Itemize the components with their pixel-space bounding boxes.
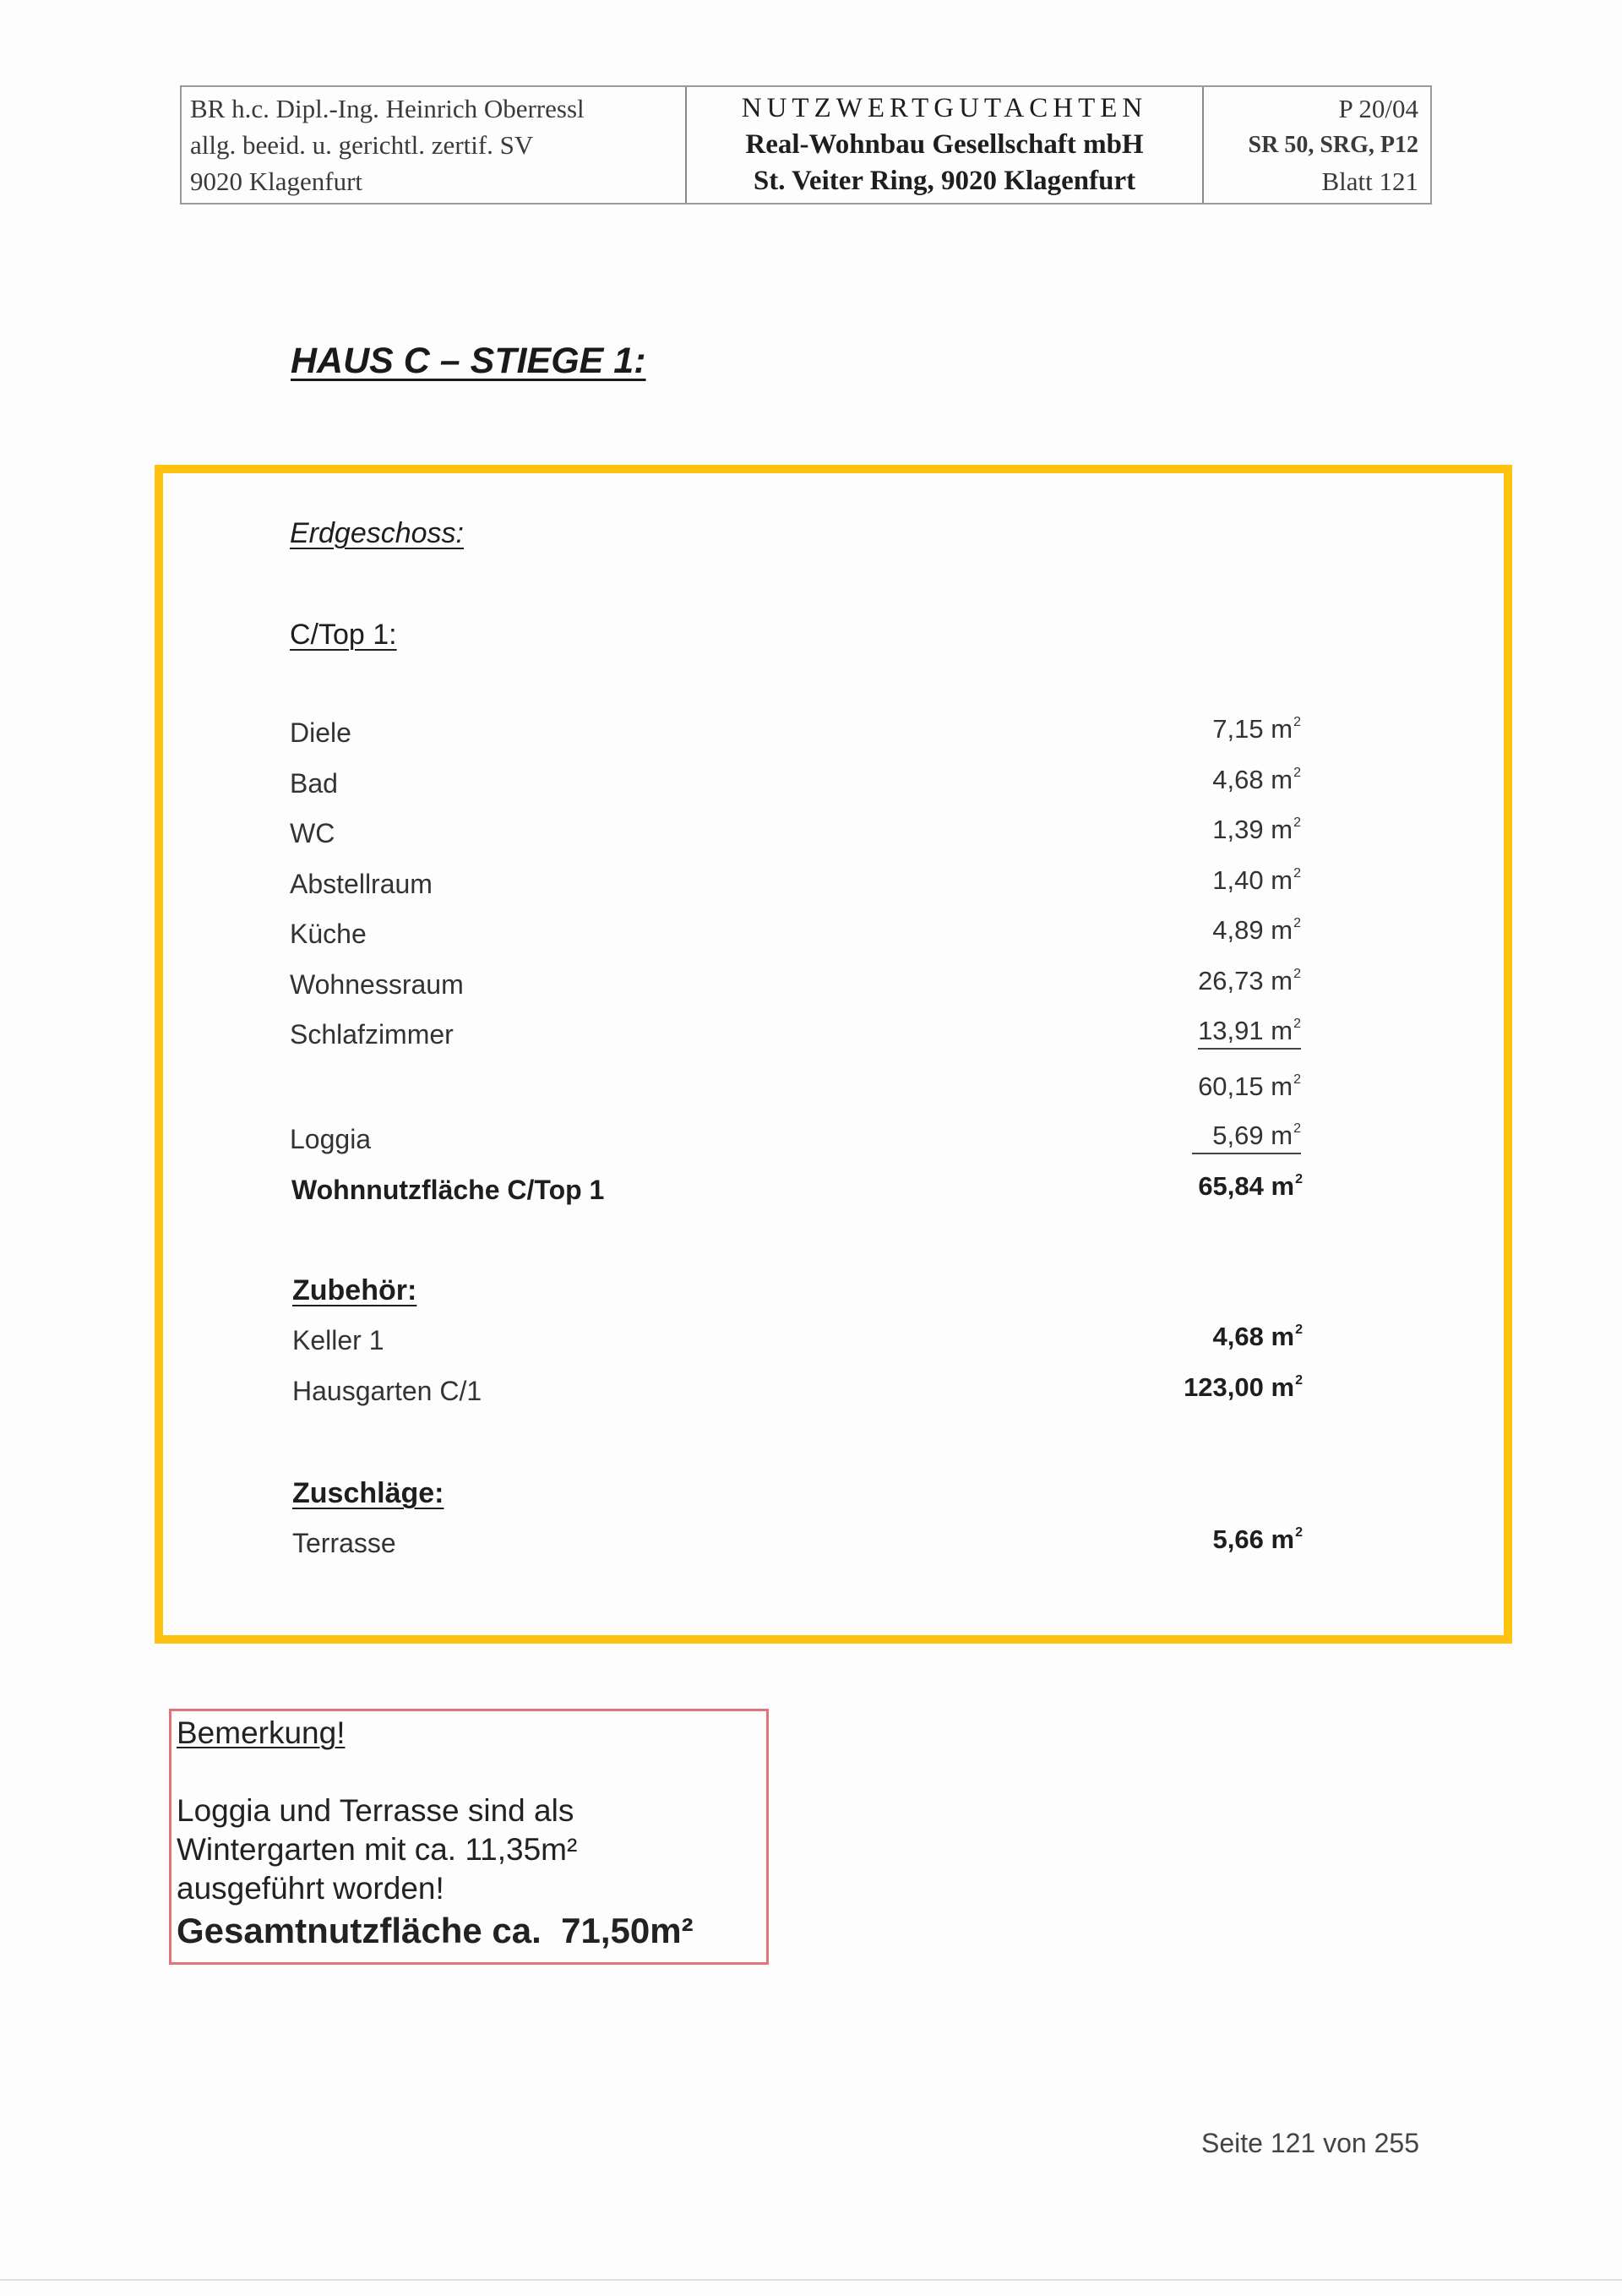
- unit-symbol: m: [1271, 865, 1293, 895]
- client-address: St. Veiter Ring, 9020 Klagenfurt: [695, 163, 1194, 199]
- remark-line-1: Loggia und Terrasse sind als: [177, 1792, 761, 1830]
- unit-symbol: m: [1271, 1372, 1295, 1402]
- header-reference-info: P 20/04 SR 50, SRG, P12 Blatt 121: [1204, 87, 1430, 203]
- accessories-heading: Zubehör:: [292, 1274, 416, 1307]
- row-value: 4,68 m2: [1213, 1322, 1303, 1352]
- row-label: Terrasse: [292, 1528, 396, 1559]
- unit-symbol: m: [1271, 1016, 1293, 1045]
- unit-exponent: 2: [1293, 1072, 1301, 1087]
- unit-symbol: m: [1271, 915, 1293, 945]
- area-number: 26,73: [1198, 966, 1264, 995]
- row-label: Bad: [290, 768, 338, 799]
- expert-credentials: allg. beeid. u. gerichtl. zertif. SV: [190, 128, 677, 163]
- page-edge-line: [0, 2279, 1622, 2281]
- unit-heading: C/Top 1:: [290, 619, 397, 652]
- surcharges-heading: Zuschläge:: [292, 1477, 444, 1510]
- area-number: 123,00: [1184, 1372, 1264, 1402]
- area-number: 13,91: [1198, 1016, 1264, 1045]
- loggia-number: 5,69: [1212, 1121, 1263, 1150]
- unit-symbol: m: [1271, 1524, 1295, 1554]
- row-value: 26,73 m2: [1198, 966, 1301, 996]
- expert-name: BR h.c. Dipl.-Ing. Heinrich Oberressl: [190, 91, 677, 127]
- unit-exponent: 2: [1293, 815, 1301, 830]
- unit-symbol: m: [1271, 966, 1293, 995]
- project-number: P 20/04: [1212, 90, 1418, 127]
- unit-exponent: 2: [1293, 715, 1301, 729]
- area-number: 1,40: [1212, 865, 1263, 895]
- page-title: HAUS C – STIEGE 1:: [291, 341, 646, 382]
- unit-exponent: 2: [1295, 1323, 1303, 1337]
- row-value: 4,89 m2: [1212, 915, 1301, 946]
- unit-exponent: 2: [1295, 1172, 1303, 1186]
- unit-exponent: 2: [1293, 967, 1301, 981]
- unit-symbol: m: [1271, 765, 1293, 794]
- remark-total-area: Gesamtnutzfläche ca. 71,50m²: [177, 1910, 761, 1952]
- loggia-label: Loggia: [290, 1124, 371, 1155]
- unit-exponent: 2: [1295, 1373, 1303, 1388]
- header-expert-info: BR h.c. Dipl.-Ing. Heinrich Oberressl al…: [182, 87, 687, 203]
- unit-exponent: 2: [1293, 766, 1301, 780]
- row-label: Wohnessraum: [290, 969, 464, 1001]
- row-label: Hausgarten C/1: [292, 1376, 482, 1407]
- reference-code: SR 50, SRG, P12: [1212, 127, 1418, 163]
- area-number: 5,66: [1213, 1524, 1264, 1554]
- row-value: 4,68 m2: [1212, 765, 1301, 795]
- unit-symbol: m: [1271, 1121, 1293, 1150]
- remark-line-3: ausgeführt worden!: [177, 1869, 761, 1908]
- client-company: Real-Wohnbau Gesellschaft mbH: [695, 127, 1194, 163]
- remark-title: Bemerkung!: [177, 1714, 761, 1753]
- area-number: 4,89: [1212, 915, 1263, 945]
- floor-heading: Erdgeschoss:: [290, 517, 464, 550]
- total-value: 65,84 m2: [1198, 1171, 1303, 1202]
- unit-symbol: m: [1271, 1171, 1295, 1201]
- header-document-info: NUTZWERTGUTACHTEN Real-Wohnbau Gesellsch…: [687, 87, 1204, 203]
- area-number: 4,68: [1212, 765, 1263, 794]
- row-value: 7,15 m2: [1212, 714, 1301, 744]
- unit-symbol: m: [1271, 1072, 1293, 1101]
- unit-exponent: 2: [1293, 1121, 1301, 1136]
- unit-symbol: m: [1271, 815, 1293, 844]
- row-label: Küche: [290, 919, 367, 950]
- expert-city: 9020 Klagenfurt: [190, 164, 677, 199]
- unit-symbol: m: [1271, 714, 1293, 744]
- unit-exponent: 2: [1295, 1525, 1303, 1540]
- sheet-number: Blatt 121: [1212, 163, 1418, 199]
- area-number: 4,68: [1213, 1322, 1264, 1351]
- row-label: Diele: [290, 717, 351, 749]
- row-value: 5,66 m2: [1213, 1524, 1303, 1555]
- row-value: 1,40 m2: [1212, 865, 1301, 896]
- total-number: 65,84: [1198, 1171, 1264, 1201]
- unit-symbol: m: [1271, 1322, 1295, 1351]
- page-number: Seite 121 von 255: [1201, 2128, 1419, 2159]
- remark-box: Bemerkung! Loggia und Terrasse sind als …: [169, 1709, 769, 1965]
- remark-line-2: Wintergarten mit ca. 11,35m²: [177, 1830, 761, 1869]
- unit-exponent: 2: [1293, 866, 1301, 881]
- loggia-value: 5,69 m2: [1192, 1121, 1301, 1154]
- document-type: NUTZWERTGUTACHTEN: [695, 90, 1194, 127]
- row-label: WC: [290, 818, 335, 849]
- unit-exponent: 2: [1293, 916, 1301, 930]
- row-label: Abstellraum: [290, 869, 433, 900]
- row-label: Keller 1: [292, 1325, 384, 1356]
- document-header: BR h.c. Dipl.-Ing. Heinrich Oberressl al…: [180, 85, 1432, 205]
- area-number: 1,39: [1212, 815, 1263, 844]
- row-label: Schlafzimmer: [290, 1019, 454, 1050]
- row-value: 123,00 m2: [1184, 1372, 1303, 1403]
- row-value: 1,39 m2: [1212, 815, 1301, 845]
- subtotal-number: 60,15: [1198, 1072, 1264, 1101]
- row-value: 13,91 m2: [1198, 1016, 1301, 1050]
- subtotal-value: 60,15 m2: [1198, 1072, 1301, 1102]
- total-label: Wohnnutzfläche C/Top 1: [291, 1175, 604, 1206]
- area-number: 7,15: [1212, 714, 1263, 744]
- unit-exponent: 2: [1293, 1017, 1301, 1031]
